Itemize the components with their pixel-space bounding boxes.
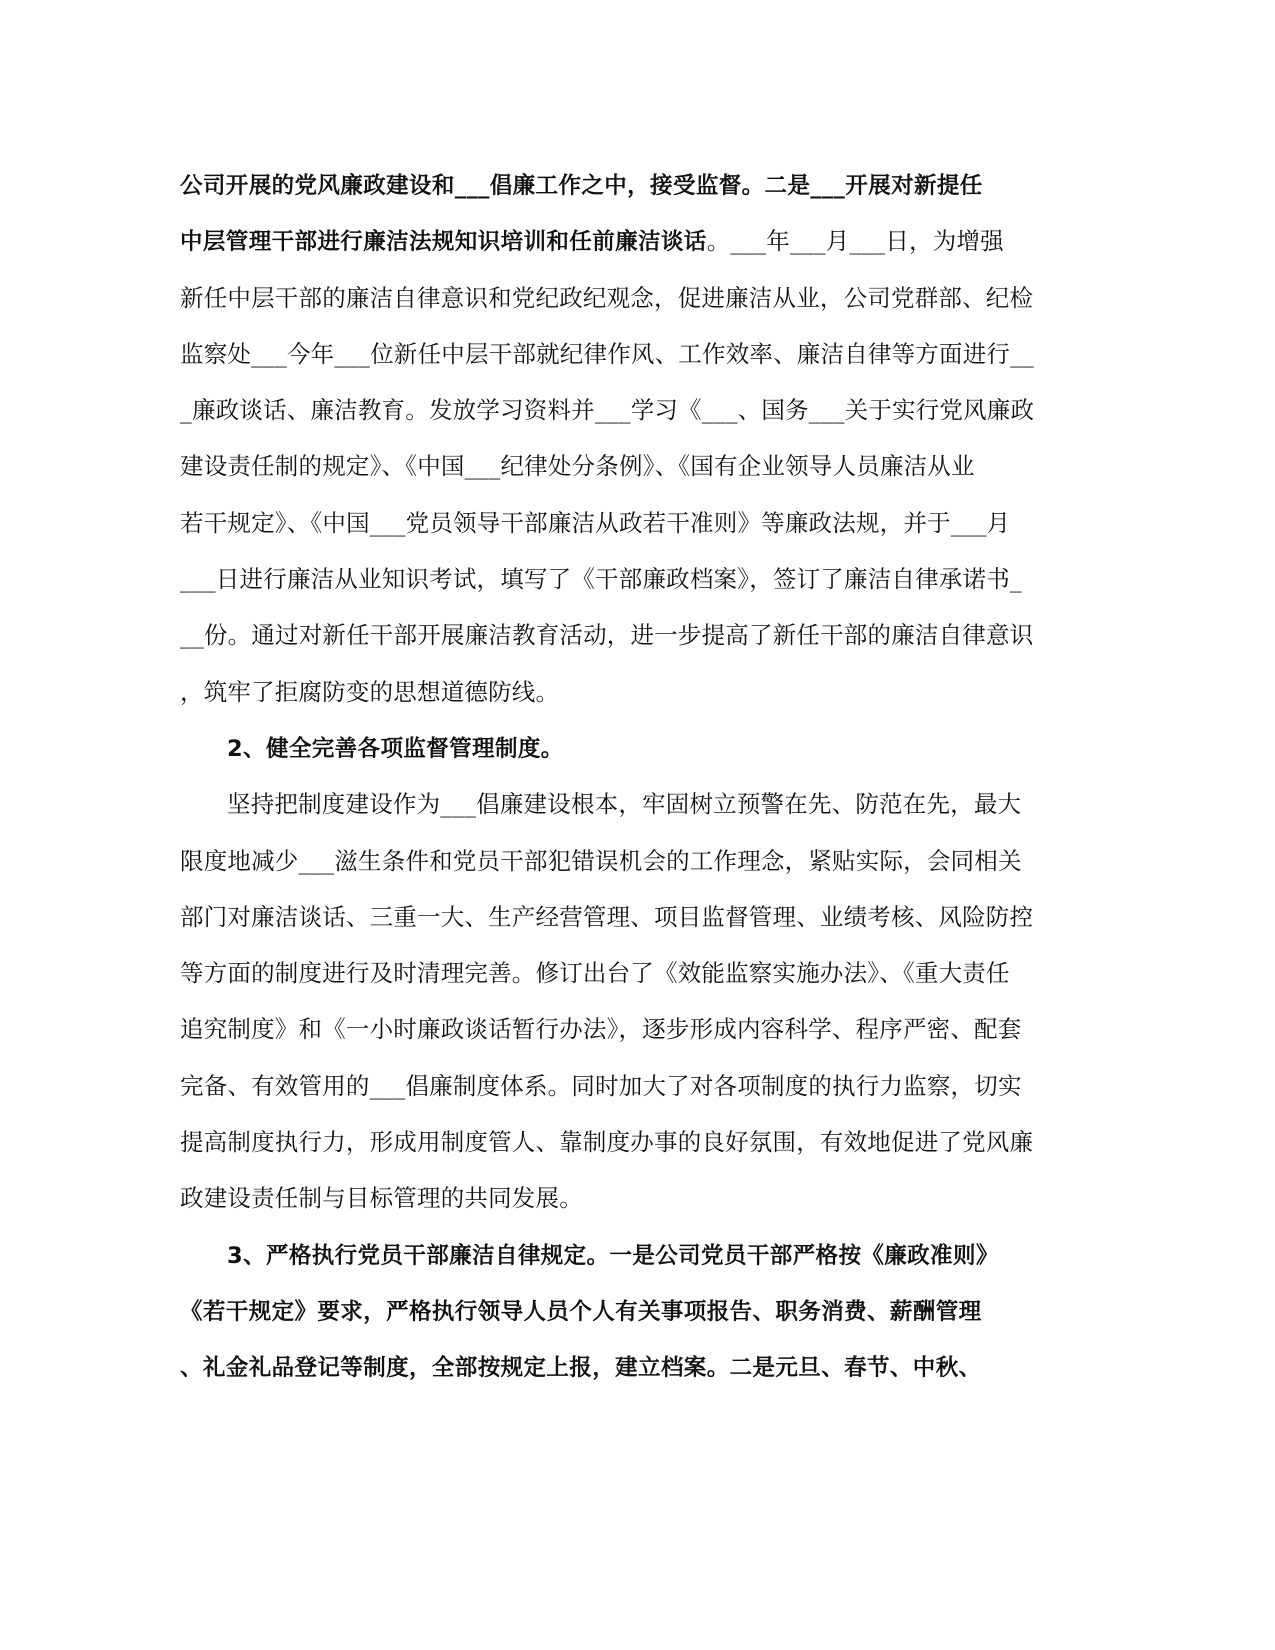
body-text: 建设责任制的规定》、《中国___纪律处分条例》、《国有企业领导人员廉洁从业 xyxy=(180,452,975,480)
paragraph-line: 追究制度》和《一小时廉政谈话暂行办法》，逐步形成内容科学、程序严密、配套 xyxy=(180,1008,1036,1064)
paragraph-line: _廉政谈话、廉洁教育。发放学习资料并___学习《___、国务___关于实行党风廉… xyxy=(180,389,1036,445)
paragraph-line: 《若干规定》要求，严格执行领导人员个人有关事项报告、职务消费、薪酬管理 xyxy=(180,1290,1036,1346)
paragraph-line: 、礼金礼品登记等制度，全部按规定上报，建立档案。二是元旦、春节、中秋、 xyxy=(180,1346,1036,1402)
body-text: 若干规定》、《中国___党员领导干部廉洁从政若干准则》等廉政法规，并于___月 xyxy=(180,509,1010,537)
paragraph-line: 3、严格执行党员干部廉洁自律规定。一是公司党员干部严格按《廉政准则》 xyxy=(180,1234,1036,1290)
paragraph-line: 完备、有效管用的___倡廉制度体系。同时加大了对各项制度的执行力监察，切实 xyxy=(180,1065,1036,1121)
body-text: 。___年___月___日，为增强 xyxy=(707,227,1004,255)
paragraph-line: 建设责任制的规定》、《中国___纪律处分条例》、《国有企业领导人员廉洁从业 xyxy=(180,445,1036,501)
paragraph-line: 坚持把制度建设作为___倡廉建设根本，牢固树立预警在先、防范在先，最大 xyxy=(180,783,1036,839)
paragraph-line: __份。通过对新任干部开展廉洁教育活动，进一步提高了新任干部的廉洁自律意识 xyxy=(180,614,1036,670)
paragraph-line: 政建设责任制与目标管理的共同发展。 xyxy=(180,1177,1036,1233)
body-text: 监察处___今年___位新任中层干部就纪律作风、工作效率、廉洁自律等方面进行__ xyxy=(180,340,1034,368)
paragraph-line: 部门对廉洁谈话、三重一大、生产经营管理、项目监督管理、业绩考核、风险防控 xyxy=(180,896,1036,952)
paragraph-line: 监察处___今年___位新任中层干部就纪律作风、工作效率、廉洁自律等方面进行__ xyxy=(180,333,1036,389)
document-page: 公司开展的党风廉政建设和___倡廉工作之中，接受监督。二是___开展对新提任 中… xyxy=(180,164,1036,1403)
paragraph-line: 限度地减少___滋生条件和党员干部犯错误机会的工作理念，紧贴实际，会同相关 xyxy=(180,840,1036,896)
paragraph-line: 若干规定》、《中国___党员领导干部廉洁从政若干准则》等廉政法规，并于___月 xyxy=(180,502,1036,558)
section-heading: 2、健全完善各项监督管理制度。 xyxy=(180,727,1036,783)
body-text: 完备、有效管用的___倡廉制度体系。同时加大了对各项制度的执行力监察，切实 xyxy=(180,1072,1022,1100)
paragraph-line: 新任中层干部的廉洁自律意识和党纪政纪观念，促进廉洁从业，公司党群部、纪检 xyxy=(180,277,1036,333)
paragraph-line: ，筑牢了拒腐防变的思想道德防线。 xyxy=(180,671,1036,727)
paragraph-line: 中层管理干部进行廉洁法规知识培训和任前廉洁谈话。___年___月___日，为增强 xyxy=(180,220,1036,276)
bold-text: 公司开展的党风廉政建设和___倡廉工作之中，接受监督。二是___开展对新提任 xyxy=(180,173,983,199)
body-text: 限度地减少___滋生条件和党员干部犯错误机会的工作理念，紧贴实际，会同相关 xyxy=(180,847,1022,875)
section-heading-text: 2、健全完善各项监督管理制度。 xyxy=(227,736,564,762)
body-text: 新任中层干部的廉洁自律意识和党纪政纪观念，促进廉洁从业，公司党群部、纪检 xyxy=(180,284,1033,312)
body-text: __份。通过对新任干部开展廉洁教育活动，进一步提高了新任干部的廉洁自律意识 xyxy=(180,621,1033,649)
body-text: 提高制度执行力，形成用制度管人、靠制度办事的良好氛围，有效地促进了党风廉 xyxy=(180,1128,1033,1156)
body-text: _廉政谈话、廉洁教育。发放学习资料并___学习《___、国务___关于实行党风廉… xyxy=(180,396,1034,424)
body-text: 政建设责任制与目标管理的共同发展。 xyxy=(180,1184,583,1212)
body-text: ___日进行廉洁从业知识考试，填写了《干部廉政档案》，签订了廉洁自律承诺书_ xyxy=(180,565,1022,593)
paragraph-line: 公司开展的党风廉政建设和___倡廉工作之中，接受监督。二是___开展对新提任 xyxy=(180,164,1036,220)
body-text: 等方面的制度进行及时清理完善。修订出台了《效能监察实施办法》、《重大责任 xyxy=(180,959,1010,987)
body-text: 追究制度》和《一小时廉政谈话暂行办法》，逐步形成内容科学、程序严密、配套 xyxy=(180,1015,1021,1043)
body-text: ，筑牢了拒腐防变的思想道德防线。 xyxy=(180,678,559,706)
bold-text: 中层管理干部进行廉洁法规知识培训和任前廉洁谈话 xyxy=(180,229,707,255)
body-text: 部门对廉洁谈话、三重一大、生产经营管理、项目监督管理、业绩考核、风险防控 xyxy=(180,903,1033,931)
body-text: 坚持把制度建设作为___倡廉建设根本，牢固树立预警在先、防范在先，最大 xyxy=(227,790,1021,818)
paragraph-line: 提高制度执行力，形成用制度管人、靠制度办事的良好氛围，有效地促进了党风廉 xyxy=(180,1121,1036,1177)
bold-text: 《若干规定》要求，严格执行领导人员个人有关事项报告、职务消费、薪酬管理 xyxy=(180,1299,982,1325)
bold-text: 、礼金礼品登记等制度，全部按规定上报，建立档案。二是元旦、春节、中秋、 xyxy=(180,1355,982,1381)
bold-text: 3、严格执行党员干部廉洁自律规定。一是公司党员干部严格按《廉政准则》 xyxy=(227,1243,999,1269)
paragraph-line: ___日进行廉洁从业知识考试，填写了《干部廉政档案》，签订了廉洁自律承诺书_ xyxy=(180,558,1036,614)
paragraph-line: 等方面的制度进行及时清理完善。修订出台了《效能监察实施办法》、《重大责任 xyxy=(180,952,1036,1008)
